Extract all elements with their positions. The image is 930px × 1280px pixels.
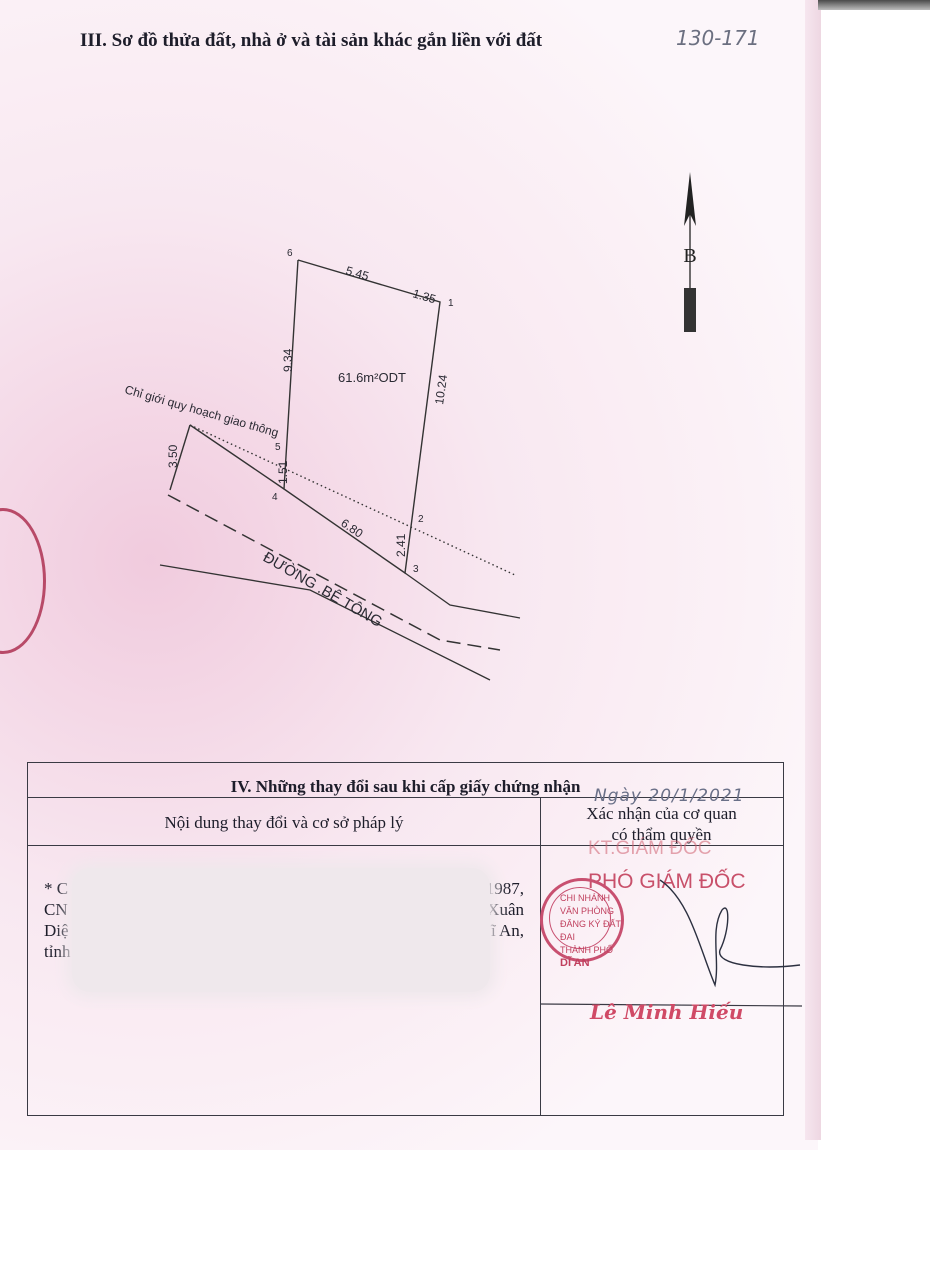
signatory-name: Lê Minh Hiếu <box>590 1000 743 1024</box>
signature-icon <box>0 0 930 1280</box>
